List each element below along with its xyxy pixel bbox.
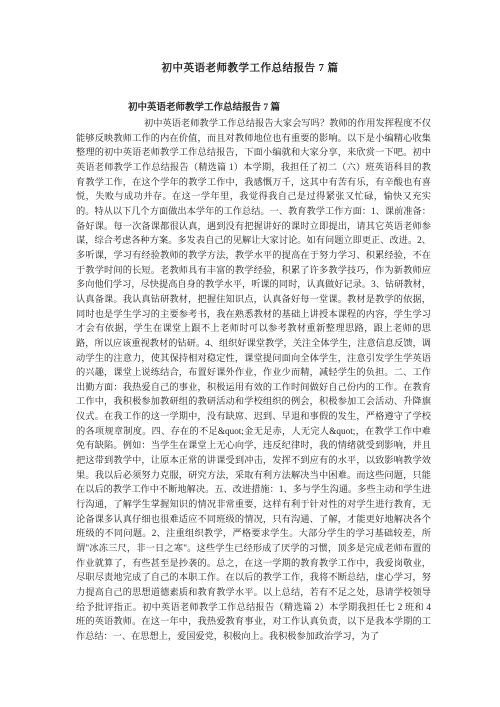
body-paragraph: 初中英语老师教学工作总结报告大家会写吗？教师的作用发挥程度不仅能够反映教师工作的… — [76, 116, 431, 644]
section-heading: 初中英语老师教学工作总结报告 7 篇 — [128, 99, 280, 113]
document-viewport: { "colors": { "page_background": "#fffff… — [0, 0, 500, 707]
document-page: 初中英语老师教学工作总结报告 7 篇 初中英语老师教学工作总结报告 7 篇 初中… — [0, 0, 500, 707]
document-title: 初中英语老师教学工作总结报告 7 篇 — [0, 60, 500, 75]
